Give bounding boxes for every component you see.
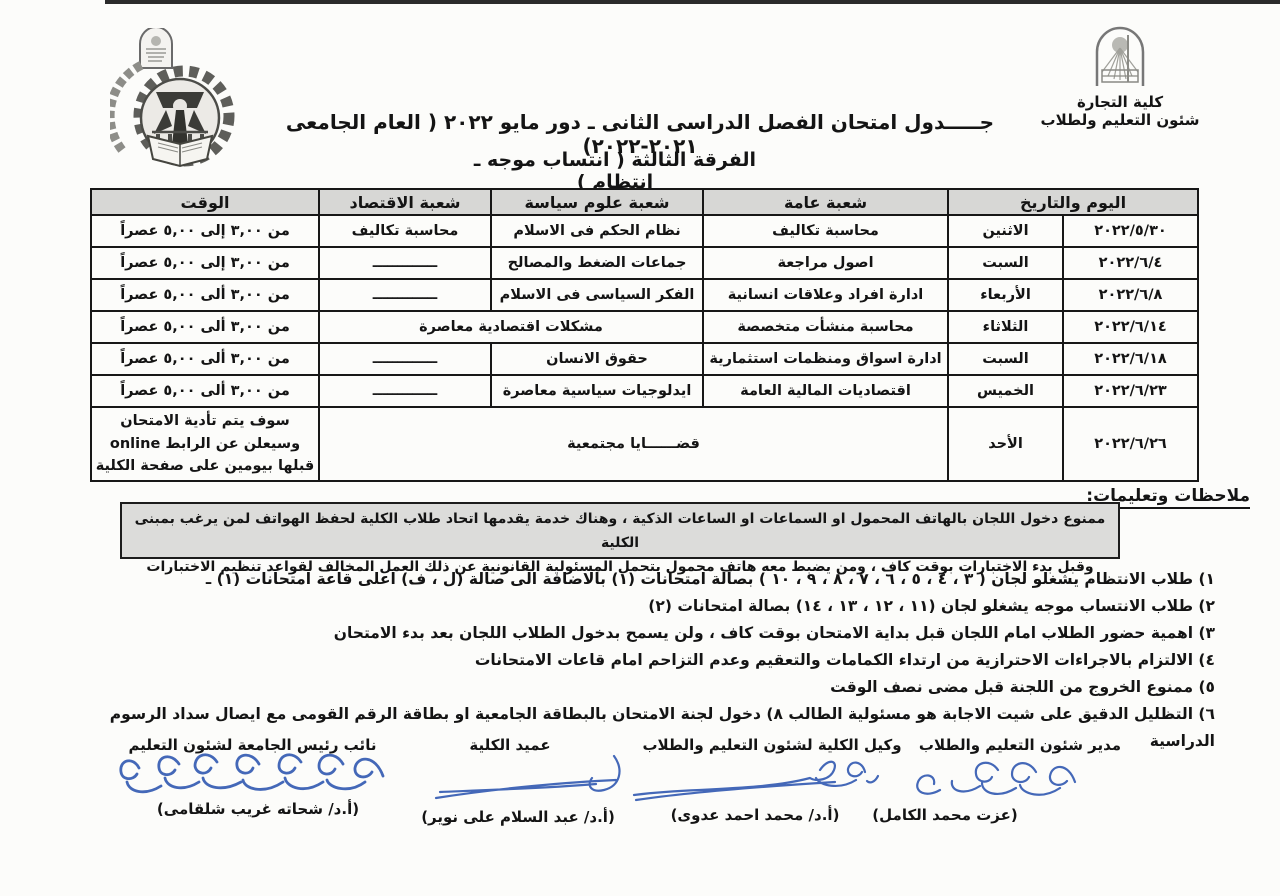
handwritten-signature xyxy=(400,744,640,806)
assiut-university-arch-icon xyxy=(1092,24,1148,90)
exam-day: الخميس xyxy=(948,375,1063,407)
header-economics-section: شعبة الاقتصاد xyxy=(319,189,491,215)
exam-date: ٢٠٢٢/٦/١٨ xyxy=(1063,343,1198,375)
exam-date: ٢٠٢٢/٥/٣٠ xyxy=(1063,215,1198,247)
exam-date: ٢٠٢٢/٦/٨ xyxy=(1063,279,1198,311)
economics-subject: محاسبة تكاليف xyxy=(319,215,491,247)
instruction-item: ١) طلاب الانتظام يشغلو لجان ( ٣ ، ٤ ، ٥ … xyxy=(65,566,1215,593)
header-political-science-section: شعبة علوم سياسة xyxy=(491,189,703,215)
no-exam-dash: ـــــــــــــ xyxy=(319,279,491,311)
handwritten-signature xyxy=(870,752,1090,807)
exam-day: الاثنين xyxy=(948,215,1063,247)
university-header-block: كلية التجارة شئون التعليم ولطلاب xyxy=(1040,24,1200,129)
exam-schedule-table: اليوم والتاريخ شعبة عامة شعبة علوم سياسة… xyxy=(90,188,1199,482)
polisci-subject: الفكر السياسى فى الاسلام xyxy=(491,279,703,311)
table-row: ٢٠٢٢/٦/٤ السبت اصول مراجعة جماعات الضغط … xyxy=(91,247,1198,279)
general-subject: محاسبة منشأت متخصصة xyxy=(703,311,948,343)
header-time: الوقت xyxy=(91,189,319,215)
exam-time: من ٣,٠٠ ألى ٥,٠٠ عصراً xyxy=(91,279,319,311)
table-row: ٢٠٢٢/٦/١٨ السبت ادارة اسواق ومنظمات استث… xyxy=(91,343,1198,375)
exam-day: الثلاثاء xyxy=(948,311,1063,343)
table-row: ٢٠٢٢/٦/٨ الأربعاء ادارة افراد وعلاقات ان… xyxy=(91,279,1198,311)
polisci-subject: نظام الحكم فى الاسلام xyxy=(491,215,703,247)
no-exam-dash: ـــــــــــــ xyxy=(319,343,491,375)
document-subtitle: الفرقة الثالثة ( انتساب موجه ـ انتظام ) xyxy=(455,149,775,193)
instructions-list: ١) طلاب الانتظام يشغلو لجان ( ٣ ، ٤ ، ٥ … xyxy=(65,566,1215,755)
instruction-item: ٥) ممنوع الخروج من اللجنة قبل مضى نصف ال… xyxy=(65,674,1215,701)
exam-time: من ٣,٠٠ إلى ٥,٠٠ عصراً xyxy=(91,247,319,279)
merged-subject-all-sections: قضــــــايا مجتمعية xyxy=(319,407,948,481)
faculty-name: كلية التجارة xyxy=(1040,93,1200,111)
online-exam-note: سوف يتم تأدية الامتحان وسيعلن عن الرابط … xyxy=(91,407,319,481)
table-row: ٢٠٢٢/٦/١٤ الثلاثاء محاسبة منشأت متخصصة م… xyxy=(91,311,1198,343)
exam-date: ٢٠٢٢/٦/٤ xyxy=(1063,247,1198,279)
exam-day: الأربعاء xyxy=(948,279,1063,311)
merged-subject: مشكلات اقتصادية معاصرة xyxy=(319,311,703,343)
exam-time: من ٣,٠٠ ألى ٥,٠٠ عصراً xyxy=(91,311,319,343)
header-day-date: اليوم والتاريخ xyxy=(948,189,1198,215)
instruction-item: ٢) طلاب الانتساب موجه يشغلو لجان (١١ ، ١… xyxy=(65,593,1215,620)
instruction-item: ٤) الالتزام بالاجراءات الاحترازية من ارت… xyxy=(65,647,1215,674)
signatory-name: (أ.د/ شحاته غريب شلقامى) xyxy=(108,800,408,818)
general-subject: اقتصاديات المالية العامة xyxy=(703,375,948,407)
polisci-subject: ايدلوجيات سياسية معاصرة xyxy=(491,375,703,407)
handwritten-signature xyxy=(620,748,890,808)
polisci-subject: جماعات الضغط والمصالح xyxy=(491,247,703,279)
notice-line: ممنوع دخول اللجان بالهاتف المحمول او الس… xyxy=(122,507,1118,555)
scan-edge-artifact xyxy=(105,0,1280,4)
header-general-section: شعبة عامة xyxy=(703,189,948,215)
exam-date: ٢٠٢٢/٦/١٤ xyxy=(1063,311,1198,343)
general-subject: ادارة اسواق ومنظمات استثمارية xyxy=(703,343,948,375)
polisci-subject: حقوق الانسان xyxy=(491,343,703,375)
exam-schedule-document: كلية التجارة شئون التعليم ولطلاب جـــــد… xyxy=(0,0,1280,896)
general-subject: اصول مراجعة xyxy=(703,247,948,279)
table-row: ٢٠٢٢/٥/٣٠ الاثنين محاسبة تكاليف نظام الح… xyxy=(91,215,1198,247)
exam-time: من ٣,٠٠ إلى ٥,٠٠ عصراً xyxy=(91,215,319,247)
instruction-item: ٣) اهمية حضور الطلاب امام اللجان قبل بدا… xyxy=(65,620,1215,647)
no-exam-dash: ـــــــــــــ xyxy=(319,375,491,407)
exam-date: ٢٠٢٢/٦/٢٦ xyxy=(1063,407,1198,481)
department-name: شئون التعليم ولطلاب xyxy=(1040,111,1200,129)
table-header-row: اليوم والتاريخ شعبة عامة شعبة علوم سياسة… xyxy=(91,189,1198,215)
exam-day: الأحد xyxy=(948,407,1063,481)
table-row: ٢٠٢٢/٦/٢٦ الأحد قضــــــايا مجتمعية سوف … xyxy=(91,407,1198,481)
exam-day: السبت xyxy=(948,343,1063,375)
phones-prohibition-notice-box: ممنوع دخول اللجان بالهاتف المحمول او الس… xyxy=(120,502,1120,559)
no-exam-dash: ـــــــــــــ xyxy=(319,247,491,279)
general-subject: محاسبة تكاليف xyxy=(703,215,948,247)
exam-time: من ٣,٠٠ ألى ٥,٠٠ عصراً xyxy=(91,343,319,375)
exam-day: السبت xyxy=(948,247,1063,279)
table-row: ٢٠٢٢/٦/٢٣ الخميس اقتصاديات المالية العام… xyxy=(91,375,1198,407)
faculty-of-commerce-seal-icon xyxy=(110,28,238,168)
exam-time: من ٣,٠٠ ألى ٥,٠٠ عصراً xyxy=(91,375,319,407)
exam-date: ٢٠٢٢/٦/٢٣ xyxy=(1063,375,1198,407)
general-subject: ادارة افراد وعلاقات انسانية xyxy=(703,279,948,311)
